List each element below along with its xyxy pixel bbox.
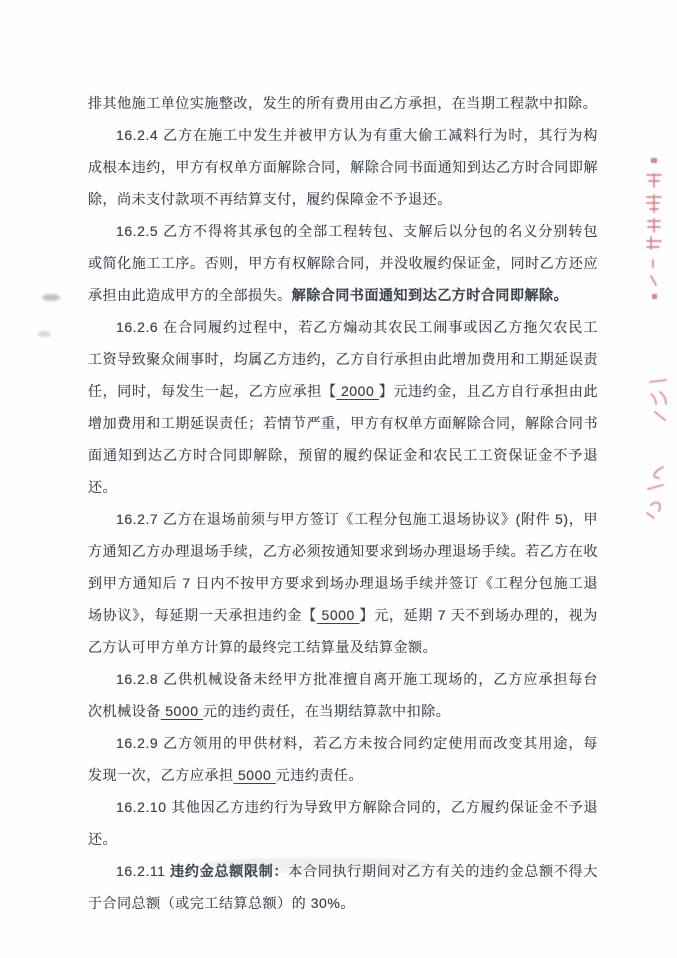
- clause-emphasis: 解除合同书面通知到达乙方时合同即解除。: [292, 287, 568, 303]
- contract-clause: 16.2.6 在合同履约过程中，若乙方煽动其农民工闹事或因乙方拖欠农民工工资导致…: [88, 311, 598, 503]
- clause-text: 乙方在施工中发生并被甲方认为有重大偷工减料行为时，其行为构成根本违约，甲方有权单…: [88, 127, 598, 207]
- filled-amount: 5000: [317, 607, 360, 623]
- red-stamp-marks-upper: [641, 156, 667, 309]
- clause-text: 元的违约责任，在当期结算款中扣除。: [203, 703, 450, 719]
- scanned-contract-page: 排其他施工单位实施整改，发生的所有费用由乙方承担，在当期工程款中扣除。16.2.…: [0, 0, 677, 958]
- contract-clause: 16.2.8 乙供机械设备未经甲方批准擅自离开施工现场的，乙方应承担每台次机械设…: [88, 663, 598, 727]
- clause-number: 16.2.7: [116, 511, 163, 527]
- clause-text: 元违约责任。: [276, 767, 363, 783]
- filled-amount: 5000: [234, 767, 276, 783]
- filled-amount: 2000: [336, 383, 378, 399]
- clause-number: 16.2.8: [116, 671, 163, 687]
- contract-clause: 16.2.5 乙方不得将其承包的全部工程转包、支解后以分包的名义分别转包或简化施…: [88, 215, 598, 311]
- scan-smudge: [205, 858, 430, 872]
- contract-clause: 16.2.10 其他因乙方违约行为导致甲方解除合同的，乙方履约保证金不予退还。: [88, 791, 598, 855]
- clause-number: 16.2.4: [116, 127, 163, 143]
- clause-text: 排其他施工单位实施整改，发生的所有费用由乙方承担，在当期工程款中扣除。: [88, 95, 597, 111]
- clause-text: 】元违约金，且乙方自行承担由此增加费用和工期延误责任；若情节严重，甲方有权单方面…: [88, 383, 598, 495]
- red-stamp-marks-middle: [646, 378, 672, 433]
- contract-clause: 16.2.7 乙方在退场前须与甲方签订《工程分包施工退场协议》(附件 5)，甲方…: [88, 503, 598, 663]
- clause-number: 16.2.10: [116, 799, 171, 815]
- clause-number: 16.2.11: [116, 863, 170, 879]
- contract-clause: 16.2.9 乙方领用的甲供材料，若乙方未按合同约定使用而改变其用途，每发现一次…: [88, 727, 598, 791]
- clause-number: 16.2.6: [116, 319, 163, 335]
- scan-smudge: [42, 294, 60, 301]
- contract-clause: 16.2.4 乙方在施工中发生并被甲方认为有重大偷工减料行为时，其行为构成根本违…: [88, 119, 598, 215]
- clause-number: 16.2.5: [116, 223, 163, 239]
- scan-smudge: [38, 331, 51, 337]
- red-stamp-marks-lower: [643, 463, 671, 526]
- contract-clause: 排其他施工单位实施整改，发生的所有费用由乙方承担，在当期工程款中扣除。: [88, 87, 598, 119]
- filled-amount: 5000: [161, 703, 203, 719]
- contract-text: 排其他施工单位实施整改，发生的所有费用由乙方承担，在当期工程款中扣除。16.2.…: [88, 87, 598, 919]
- clause-number: 16.2.9: [116, 735, 163, 751]
